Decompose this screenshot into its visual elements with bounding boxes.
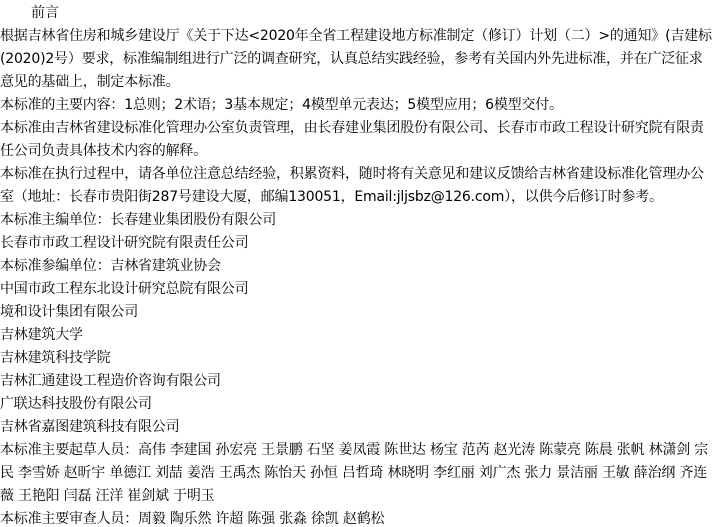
paragraph-basis: 根据吉林省住房和城乡建设厅《关于下达<2020年全省工程建设地方标准制定（修订）… (0, 25, 719, 94)
text-line: 意见的基础上，制定本标准。 (0, 71, 719, 94)
text-line: 吉林省嘉图建筑科技有限公司 (0, 416, 719, 439)
text-line: 本标准在执行过程中，请各单位注意总结经验，积累资料，随时将有关意见和建议反馈给吉… (0, 163, 719, 186)
paragraph-chief-editor-units: 本标准主编单位：长春建业集团股份有限公司 长春市市政工程设计研究院有限责任公司 (0, 209, 719, 255)
document-page: 前言 根据吉林省住房和城乡建设厅《关于下达<2020年全省工程建设地方标准制定（… (0, 0, 719, 527)
text-line: 广联达科技股份有限公司 (0, 393, 719, 416)
text-line: 吉林建筑大学 (0, 324, 719, 347)
text-line: 民 李雪娇 赵昕宇 单德江 刘喆 姜浩 王禹杰 陈怡天 孙恒 吕哲琦 林晓明 李… (0, 462, 719, 485)
text-line: 本标准主要审查人员：周毅 陶乐然 许超 陈强 张淼 徐凯 赵鹤松 (0, 508, 719, 527)
text-line: 本标准的主要内容：1总则；2术语；3基本规定；4模型单元表达；5模型应用；6模型… (0, 94, 719, 117)
text-line: 境和设计集团有限公司 (0, 301, 719, 324)
section-title: 前言 (0, 2, 719, 25)
text-line: 根据吉林省住房和城乡建设厅《关于下达<2020年全省工程建设地方标准制定（修订）… (0, 25, 719, 48)
text-line: 吉林建筑科技学院 (0, 347, 719, 370)
text-line: (2020)2号）要求，标准编制组进行广泛的调查研究，认真总结实践经验，参考有关… (0, 48, 719, 71)
paragraph-main-content: 本标准的主要内容：1总则；2术语；3基本规定；4模型单元表达；5模型应用；6模型… (0, 94, 719, 117)
paragraph-drafters: 本标准主要起草人员：高伟 李建国 孙宏亮 王景鹏 石坚 姜凤霞 陈世达 杨宝 范… (0, 439, 719, 508)
text-line: 本标准主编单位：长春建业集团股份有限公司 (0, 209, 719, 232)
paragraph-reviewers: 本标准主要审查人员：周毅 陶乐然 许超 陈强 张淼 徐凯 赵鹤松 (0, 508, 719, 527)
text-line: 本标准由吉林省建设标准化管理办公室负责管理，由长春建业集团股份有限公司、长春市市… (0, 117, 719, 140)
text-line: 长春市市政工程设计研究院有限责任公司 (0, 232, 719, 255)
text-line: 薇 王艳阳 闫磊 汪洋 崔剑斌 于明玉 (0, 485, 719, 508)
text-line: 本标准主要起草人员：高伟 李建国 孙宏亮 王景鹏 石坚 姜凤霞 陈世达 杨宝 范… (0, 439, 719, 462)
paragraph-feedback: 本标准在执行过程中，请各单位注意总结经验，积累资料，随时将有关意见和建议反馈给吉… (0, 163, 719, 209)
text-line: 室（地址：长春市贵阳街287号建设大厦，邮编130051，Email:jljsb… (0, 186, 719, 209)
text-line: 任公司负责具体技术内容的解释。 (0, 140, 719, 163)
text-line: 吉林汇通建设工程造价咨询有限公司 (0, 370, 719, 393)
paragraph-participating-units: 本标准参编单位：吉林省建筑业协会 中国市政工程东北设计研究总院有限公司 境和设计… (0, 255, 719, 439)
text-line: 中国市政工程东北设计研究总院有限公司 (0, 278, 719, 301)
paragraph-management: 本标准由吉林省建设标准化管理办公室负责管理，由长春建业集团股份有限公司、长春市市… (0, 117, 719, 163)
text-line: 本标准参编单位：吉林省建筑业协会 (0, 255, 719, 278)
